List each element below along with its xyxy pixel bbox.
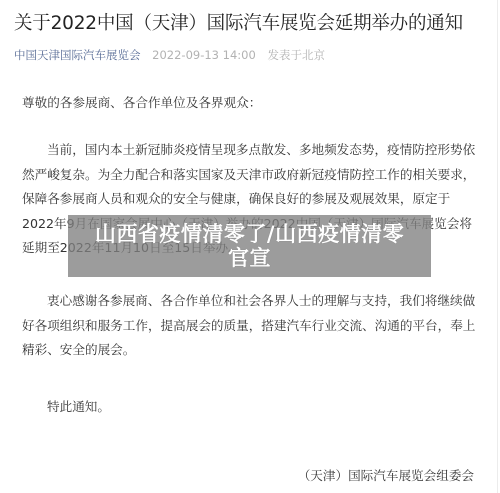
publish-date: 2022-09-13 14:00	[152, 48, 256, 62]
article-meta: 中国天津国际汽车展览会 2022-09-13 14:00 发表于北京	[14, 46, 325, 64]
paragraph-2: 衷心感谢各参展商、各合作单位和社会各界人士的理解与支持，我们将继续做好各项组织和…	[22, 289, 478, 363]
caption-overlay: 山西省疫情清零了/山西疫情清零官宣	[68, 215, 431, 277]
signature-text: （天津）国际汽车展览会组委会	[298, 465, 474, 484]
article-title: 关于2022中国（天津）国际汽车展览会延期举办的通知	[14, 9, 463, 39]
closing-text: 特此通知。	[47, 395, 500, 420]
publish-location: 发表于北京	[267, 48, 325, 62]
overlay-caption: 山西省疫情清零了/山西疫情清零官宣	[85, 222, 415, 270]
greeting-text: 尊敬的各参展商、各合作单位及各界观众：	[22, 91, 478, 116]
account-name-link[interactable]: 中国天津国际汽车展览会	[14, 48, 141, 62]
